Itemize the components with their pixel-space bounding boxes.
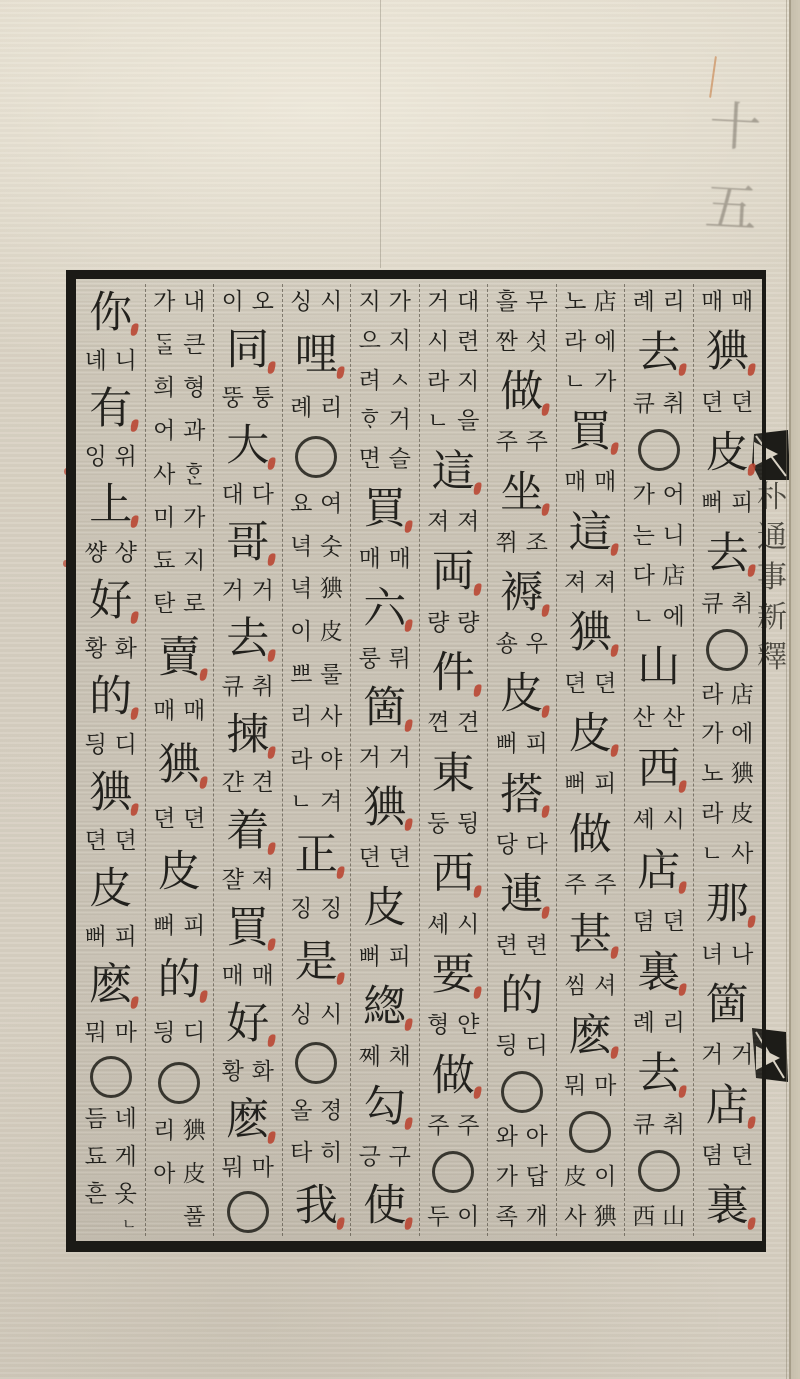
gloss-pair: 례리: [625, 1008, 693, 1039]
gloss-pair: 큐취: [625, 1110, 693, 1141]
pair-right: 店: [728, 684, 757, 707]
pair-left: 뭐: [218, 1157, 247, 1180]
hanzi-char: 皮: [89, 864, 132, 916]
gloss-pair: 썅샹: [77, 538, 145, 569]
gloss-pair: 싱시: [283, 1000, 351, 1031]
gloss-pair: 량량: [420, 608, 488, 639]
hanzi-char: 揀: [226, 710, 269, 762]
pair-right: 을: [454, 410, 483, 433]
gloss-pair: 산산: [625, 703, 693, 734]
pair-left: 황: [218, 1061, 247, 1084]
pair-left: 라: [698, 684, 727, 707]
gloss-pair: 가답: [488, 1162, 556, 1193]
pair-right: ㅅ: [385, 370, 414, 393]
gloss-pair: 사ᄒᆞᆫ: [146, 460, 214, 491]
gloss-pair: 풀: [146, 1202, 214, 1233]
pair-left: 뻐: [355, 946, 384, 969]
pair-left: 씸: [561, 975, 590, 998]
section-circle: [432, 1151, 474, 1193]
pair-left: 둥: [424, 813, 453, 836]
pair-right: 화: [248, 1061, 277, 1084]
pair-right: 퉁: [248, 387, 277, 410]
hanzi-char: 裏: [706, 1181, 749, 1233]
pair-left: 가: [150, 291, 179, 314]
pair-right: 형: [180, 377, 209, 400]
gloss-pair: 는니: [625, 521, 693, 552]
pair-left: 숑: [492, 633, 521, 656]
hanzi-char: 哥: [226, 517, 269, 569]
pair-left: 족: [492, 1206, 521, 1229]
hanzi-char: 上: [89, 479, 132, 531]
gloss-pair: 큐취: [214, 672, 282, 703]
pair-left: 주: [561, 874, 590, 897]
pair-left: 녁: [287, 578, 316, 601]
pair-left: 딍: [492, 1035, 521, 1058]
pair-right: 다: [522, 834, 551, 857]
pair-right: 뤼: [385, 648, 414, 671]
hanzi-char: 買: [569, 406, 612, 458]
pair-right: 뎐: [385, 847, 414, 870]
hanzi-char: 甚: [569, 910, 612, 962]
gloss-pair: 뭐마: [214, 1153, 282, 1184]
pair-right: 주: [454, 1115, 483, 1138]
pencil-folio-number: 十五: [698, 86, 768, 250]
gloss-pair: 뻐피: [488, 729, 556, 760]
pair-right: 어: [659, 484, 688, 507]
pair-right: 룰: [317, 664, 346, 687]
pair-right: 디: [111, 734, 140, 757]
pair-right: 조: [522, 532, 551, 555]
hanzi-char: 同: [226, 325, 269, 377]
section-circle: [501, 1071, 543, 1113]
gloss-pair: 뎜뎐: [625, 907, 693, 938]
section-circle: [90, 1056, 132, 1098]
gloss-pair: 련련: [488, 931, 556, 962]
pair-left: ᄒᆞ: [355, 409, 384, 432]
pair-right: 큰: [180, 334, 209, 357]
pair-right: 이: [591, 1166, 620, 1189]
pair-left: 와: [492, 1126, 521, 1149]
gloss-pair: 대다: [214, 480, 282, 511]
pair-left: 다: [629, 565, 658, 588]
gloss-pair: 매매: [146, 696, 214, 727]
pair-right: 시: [317, 291, 346, 314]
section-circle: [227, 1191, 269, 1233]
gloss-pair: 다店: [625, 561, 693, 592]
pair-left: 뎜: [629, 911, 658, 934]
text-frame: 매매猠뎐뎐皮뻐피去큐취라店가에노猠라皮ㄴ사那녀나箇거거店뎜뎐裏례리去큐취가어는니…: [66, 270, 766, 1252]
pair-right: 뎐: [659, 911, 688, 934]
text-column: 이오同뚱퉁大대다哥거거去큐취揀갼견着쟐져買매매好황화麽뭐마: [213, 284, 282, 1236]
hanzi-char: 那: [706, 879, 749, 931]
pair-right: 졍: [317, 1100, 346, 1123]
pair-right: 니: [111, 350, 140, 373]
pair-left: 어: [150, 420, 179, 443]
pair-right: 뎐: [111, 830, 140, 853]
gloss-pair: ㄴ겨: [283, 787, 351, 818]
pair-right: 게: [111, 1146, 140, 1169]
pair-right: 시: [659, 809, 688, 832]
pair-left: 시: [424, 331, 453, 354]
pair-right: 니: [659, 525, 688, 548]
pair-left: 면: [355, 448, 384, 471]
hanzi-char: 我: [295, 1181, 338, 1233]
gloss-pair: 뎜뎐: [694, 1141, 762, 1172]
pair-right: 뒹: [454, 813, 483, 836]
text-column: 노店라에ㄴ가買매매這져져猠뎐뎐皮뻐피做주주甚씸셔麽뭐마皮이사猠: [556, 284, 625, 1236]
gloss-pair: 사猠: [557, 1202, 625, 1233]
pair-right: 거: [385, 747, 414, 770]
pair-right: 견: [248, 772, 277, 795]
pair-left: ᄃᆞᆯ: [150, 334, 179, 357]
pair-left: 주: [424, 1115, 453, 1138]
pair-left: 라: [287, 749, 316, 772]
pair-left: 녜: [81, 350, 110, 373]
pair-right: 풀: [180, 1206, 209, 1229]
pair-left: 쟐: [218, 869, 247, 892]
hanzi-char: 做: [500, 367, 543, 419]
gloss-pair: 으지: [351, 326, 419, 357]
pair-left: 뎐: [150, 808, 179, 831]
gloss-pair: 가어: [625, 480, 693, 511]
gloss-pair: 탄로: [146, 589, 214, 620]
pair-left: 뚱: [218, 387, 247, 410]
pair-right: 히: [317, 1142, 346, 1165]
hanzi-char: 好: [226, 998, 269, 1050]
pair-left: 사: [561, 1206, 590, 1229]
gloss-pair: 시련: [420, 327, 488, 358]
pair-left: 거: [424, 291, 453, 314]
gloss-pair: 거거: [351, 743, 419, 774]
gloss-pair: 뭐마: [77, 1018, 145, 1049]
gloss-pair: 듬네: [77, 1104, 145, 1135]
pair-right: 취: [659, 393, 688, 416]
pair-left: 례: [629, 291, 658, 314]
text-column: 례리去큐취가어는니다店ㄴ에山산산西셰시店뎜뎐裏례리去큐취西山: [624, 284, 693, 1236]
hanzi-char: 勾: [363, 1081, 406, 1133]
section-circle: [638, 1150, 680, 1192]
text-column: 흘무짠섯做주주坐쮜조褥숑우皮뻐피搭당다連련련的딍디와아가답족개: [487, 284, 556, 1236]
gloss-pair: 뻐피: [557, 769, 625, 800]
gloss-pair: 뎐뎐: [557, 669, 625, 700]
pair-right: 店: [659, 565, 688, 588]
hanzi-char: 連: [500, 870, 543, 922]
pair-left: 이: [287, 621, 316, 644]
hanzi-char: 買: [226, 902, 269, 954]
pair-right: ᄒᆞᆫ: [180, 464, 209, 487]
pair-left: 거: [355, 747, 384, 770]
pair-left: 뻐: [492, 733, 521, 756]
pair-right: 련: [454, 331, 483, 354]
pair-right: 거: [728, 1044, 757, 1067]
pair-right: 피: [111, 926, 140, 949]
gloss-pair: 타히: [283, 1138, 351, 1169]
pair-left: 미: [150, 507, 179, 530]
gloss-pair: 례리: [283, 393, 351, 424]
pair-right: 오: [248, 291, 277, 314]
hanzi-char: 西: [637, 744, 680, 796]
pair-right: 과: [180, 420, 209, 443]
hanzi-char: 這: [432, 446, 475, 498]
pair-right: 에: [591, 331, 620, 354]
pair-left: ㄴ: [424, 410, 453, 433]
hanzi-char: 去: [226, 613, 269, 665]
hanzi-char: 賣: [158, 632, 201, 684]
hanzi-char: 有: [89, 383, 132, 435]
hanzi-char: 裏: [637, 947, 680, 999]
pair-left: 듬: [81, 1108, 110, 1131]
pair-right: 구: [385, 1146, 414, 1169]
pair-left: 큐: [218, 676, 247, 699]
pair-right: 店: [591, 291, 620, 314]
gloss-pair: 두이: [420, 1202, 488, 1233]
hanzi-char: 去: [637, 1049, 680, 1101]
gloss-pair: 뻐피: [77, 922, 145, 953]
pair-right: 셔: [591, 975, 620, 998]
pair-right: 섯: [522, 331, 551, 354]
pair-left: 라: [561, 331, 590, 354]
page-edge-strip: [789, 0, 800, 1379]
hanzi-char: 的: [89, 671, 132, 723]
hanzi-char: 山: [637, 642, 680, 694]
gloss-pair: 주주: [557, 870, 625, 901]
pair-left: 대: [218, 484, 247, 507]
section-circle: [706, 629, 748, 671]
pair-right: 져: [248, 869, 277, 892]
pair-left: 뻐: [561, 773, 590, 796]
pair-left: 뻐: [698, 492, 727, 515]
pair-right: 대: [454, 291, 483, 314]
pair-right: 야: [317, 749, 346, 772]
gloss-pair: ㄴ사: [694, 839, 762, 870]
gloss-pair: 지가: [351, 287, 419, 318]
pair-right: 숫: [317, 536, 346, 559]
gloss-pair: 뎐뎐: [77, 826, 145, 857]
gloss-pair: 황화: [214, 1057, 282, 1088]
pair-right: 皮: [180, 1163, 209, 1186]
pair-left: 거: [218, 580, 247, 603]
pair-right: 화: [111, 638, 140, 661]
hanzi-char: 麽: [569, 1010, 612, 1062]
hanzi-char: 猠: [89, 767, 132, 819]
pair-left: 매: [218, 965, 247, 988]
pair-left: 긍: [355, 1146, 384, 1169]
gloss-pair: 가내: [146, 287, 214, 318]
book-page-scan: 十五 朴通事新釋 매매猠뎐뎐皮뻐피去큐취라店가에노猠라皮ㄴ사那녀나箇거거店뎜뎐裏…: [0, 0, 800, 1379]
gloss-pair: 리猠: [146, 1116, 214, 1147]
gloss-pair: 껸견: [420, 708, 488, 739]
gloss-pair: 딍디: [488, 1031, 556, 1062]
hanzi-char: 皮: [363, 882, 406, 934]
pair-right: 여: [317, 493, 346, 516]
gloss-pair: 가에: [694, 719, 762, 750]
gloss-pair: 례리: [625, 287, 693, 318]
gloss-pair: 갼견: [214, 768, 282, 799]
pair-left: 큐: [629, 1114, 658, 1137]
pair-right: 에: [659, 606, 688, 629]
gloss-pair: 올졍: [283, 1096, 351, 1127]
pair-left: 아: [150, 1163, 179, 1186]
pair-left: 라: [698, 803, 727, 826]
hanzi-char: 東: [432, 748, 475, 800]
pair-right: 지: [180, 550, 209, 573]
pair-left: 형: [424, 1014, 453, 1037]
pair-left: 뻐: [81, 926, 110, 949]
gloss-pair: 셰시: [420, 910, 488, 941]
hanzi-char: 買: [363, 484, 406, 536]
gloss-pair: 큐취: [694, 589, 762, 620]
gloss-pair: 쁘룰: [283, 660, 351, 691]
pair-left: 례: [629, 1012, 658, 1035]
pair-left: 녀: [698, 944, 727, 967]
gloss-pair: 싱시: [283, 287, 351, 318]
pair-left: 주: [492, 431, 521, 454]
pair-right: 가: [180, 507, 209, 530]
gloss-pair: 족개: [488, 1202, 556, 1233]
pair-left: 리: [287, 706, 316, 729]
pair-right: 시: [454, 914, 483, 937]
gloss-pair: 흘무: [488, 287, 556, 318]
hanzi-char: 使: [363, 1181, 406, 1233]
pair-right: 사: [728, 843, 757, 866]
pair-right: 채: [385, 1046, 414, 1069]
pair-right: 에: [728, 723, 757, 746]
hanzi-char: 緫: [363, 982, 406, 1034]
text-column: 매매猠뎐뎐皮뻐피去큐취라店가에노猠라皮ㄴ사那녀나箇거거店뎜뎐裏: [693, 284, 762, 1236]
pair-right: 마: [111, 1022, 140, 1045]
pair-left: 려: [355, 370, 384, 393]
pair-left: 짠: [492, 331, 521, 354]
pair-right: 량: [454, 612, 483, 635]
pair-left: 딍: [150, 1022, 179, 1045]
pair-left: 리: [150, 1120, 179, 1143]
pair-right: 피: [591, 773, 620, 796]
pair-left: 사: [150, 464, 179, 487]
pair-right: 겨: [317, 791, 346, 814]
pair-right: 취: [248, 676, 277, 699]
pair-right: 개: [522, 1206, 551, 1229]
gloss-pair: 이皮: [283, 617, 351, 648]
pair-left: 큐: [629, 393, 658, 416]
hanzi-char: 皮: [500, 669, 543, 721]
pair-left: 뎐: [561, 673, 590, 696]
pair-right: 거: [248, 580, 277, 603]
pair-left: 매: [355, 548, 384, 571]
hanzi-char: 箇: [706, 979, 749, 1031]
text-column: 가내ᄃᆞᆯ큰희형어과사ᄒᆞᆫ미가됴지탄로賣매매猠뎐뎐皮뻐피的딍디리猠아皮풀: [145, 284, 214, 1236]
hanzi-char: 着: [226, 806, 269, 858]
gloss-pair: 리사: [283, 702, 351, 733]
hanzi-char: 西: [432, 849, 475, 901]
pair-right: 猠: [317, 578, 346, 601]
pair-left: 지: [355, 291, 384, 314]
pair-left: 타: [287, 1142, 316, 1165]
gloss-pair: 주주: [420, 1111, 488, 1142]
hanzi-char: 要: [432, 950, 475, 1002]
pair-left: 희: [150, 377, 179, 400]
gloss-pair: 뎐뎐: [694, 388, 762, 419]
pair-left: 西: [629, 1206, 658, 1229]
pair-right: 리: [659, 1012, 688, 1035]
gloss-pair: 거대: [420, 287, 488, 318]
hanzi-char: 正: [295, 830, 338, 882]
pair-right: 매: [728, 291, 757, 314]
gloss-pair: 려ㅅ: [351, 366, 419, 397]
gloss-pair: 매매: [557, 467, 625, 498]
gloss-pair: ㄴ가: [557, 367, 625, 398]
pair-right: 위: [111, 446, 140, 469]
pair-left: 뎐: [355, 847, 384, 870]
hanzi-char: 猠: [706, 327, 749, 379]
hanzi-char: 的: [500, 971, 543, 1023]
text-column: 你녜니有잉위上썅샹好황화的딍디猠뎐뎐皮뻐피麽뭐마듬네됴게흔옷ㄴ: [77, 284, 145, 1236]
pair-left: 뭐: [81, 1022, 110, 1045]
pair-left: ㄴ: [629, 606, 658, 629]
pair-right: 가: [385, 291, 414, 314]
hanzi-char: 猠: [569, 608, 612, 660]
pair-right: 皮: [728, 803, 757, 826]
hanzi-char: 猠: [158, 740, 201, 792]
pair-right: 옷: [111, 1183, 140, 1206]
pair-left: 가: [698, 723, 727, 746]
gloss-pair: 뭐마: [557, 1071, 625, 1102]
pair-left: 매: [561, 471, 590, 494]
pair-right: 져: [454, 511, 483, 534]
section-circle: [158, 1062, 200, 1104]
pair-left: 녁: [287, 536, 316, 559]
gloss-pair: 주주: [488, 427, 556, 458]
hanzi-char: 店: [706, 1080, 749, 1132]
gloss-pair: 라店: [694, 680, 762, 711]
gloss-pair: 쩨채: [351, 1042, 419, 1073]
pair-left: 량: [424, 612, 453, 635]
pair-left: 룽: [355, 648, 384, 671]
gloss-pair: 이오: [214, 287, 282, 318]
hanzi-char: 猠: [363, 782, 406, 834]
text-column: 지가으지려ㅅᄒᆞ거면슬買매매六룽뤼箇거거猠뎐뎐皮뻐피緫쩨채勾긍구使: [350, 284, 419, 1236]
hanzi-char: 両: [432, 547, 475, 599]
pair-right: 山: [659, 1206, 688, 1229]
gloss-pair: 매매: [694, 287, 762, 318]
gloss-pair: 녁숫: [283, 532, 351, 563]
gloss-pair: 뎐뎐: [351, 843, 419, 874]
pair-left: 썅: [81, 542, 110, 565]
pair-right: 이: [454, 1206, 483, 1229]
text-column: 싱시哩례리요여녁숫녁猠이皮쁘룰리사라야ㄴ겨正징징是싱시올졍타히我: [282, 284, 351, 1236]
pair-left: 가: [492, 1166, 521, 1189]
pair-left: 셰: [424, 914, 453, 937]
gloss-pair: 징징: [283, 894, 351, 925]
pair-right: 아: [522, 1126, 551, 1149]
hanzi-char: 褥: [500, 568, 543, 620]
pair-left: 거: [698, 1044, 727, 1067]
gloss-pair: 녀나: [694, 940, 762, 971]
gloss-pair: 어과: [146, 416, 214, 447]
section-circle: [638, 429, 680, 471]
pair-right: 피: [522, 733, 551, 756]
pair-left: 셰: [629, 809, 658, 832]
pair-left: 흔: [81, 1183, 110, 1206]
pair-left: 련: [492, 935, 521, 958]
pair-left: 요: [287, 493, 316, 516]
gloss-pair: 황화: [77, 634, 145, 665]
gloss-pair: 노猠: [694, 759, 762, 790]
pair-left: 껸: [424, 712, 453, 735]
pair-left: 노: [561, 291, 590, 314]
gloss-pair: 皮이: [557, 1162, 625, 1193]
pair-right: 뎐: [591, 673, 620, 696]
gloss-pair: 딍디: [146, 1018, 214, 1049]
